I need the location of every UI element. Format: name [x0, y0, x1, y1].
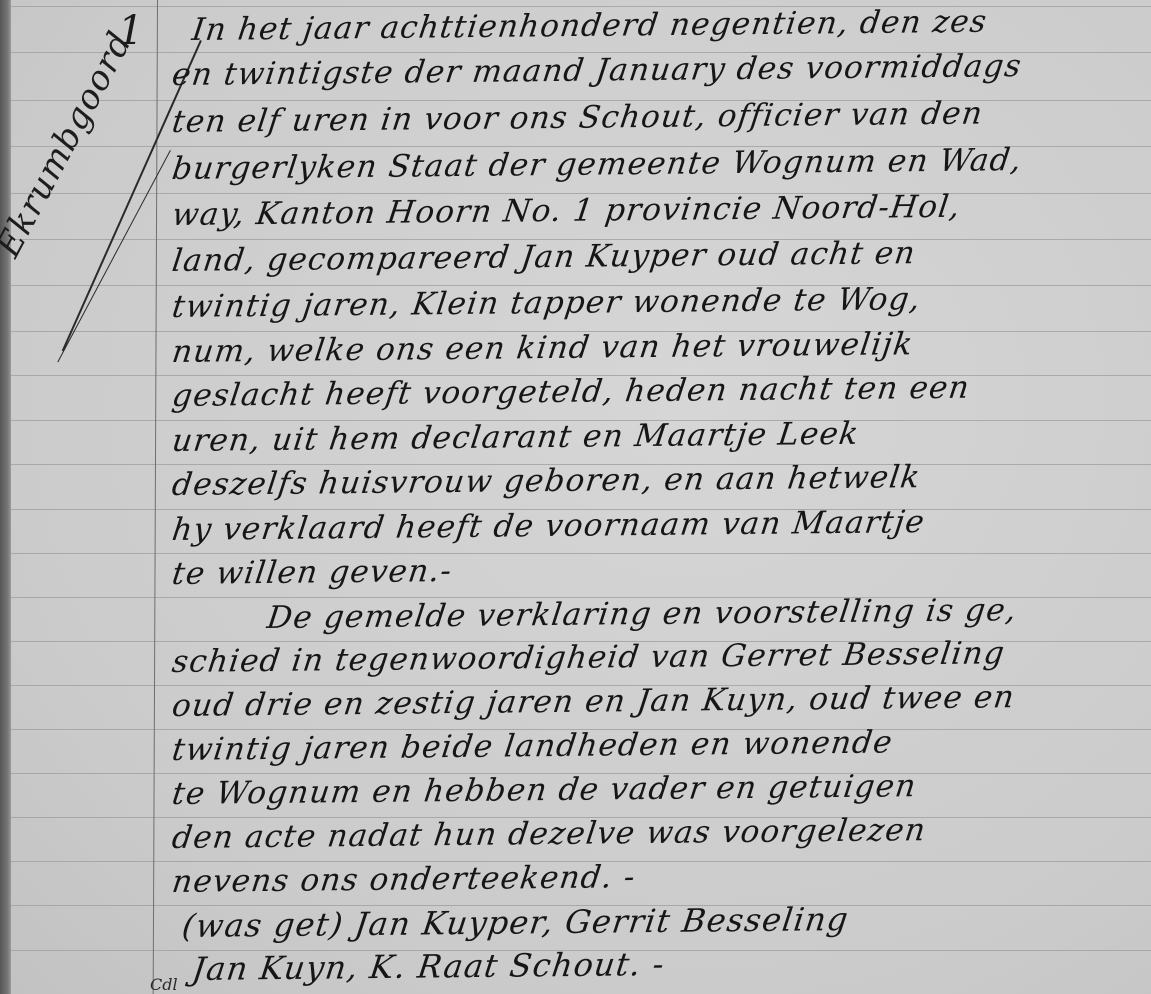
ruled-line — [11, 553, 1151, 554]
text-line: way, Kanton Hoorn No. 1 provincie Noord-… — [170, 189, 963, 233]
text-line: den acte nadat hun dezelve was voorgelez… — [170, 812, 928, 856]
text-line: De gemelde verklaring en voorstelling is… — [265, 592, 1019, 636]
text-line: In het jaar achttienhonderd negentien, d… — [190, 4, 989, 48]
text-line: ten elf uren in voor ons Schout, officie… — [170, 95, 985, 140]
text-line: burgerlyken Staat der gemeente Wognum en… — [170, 142, 1024, 187]
text-line: oud drie en zestig jaren en Jan Kuyn, ou… — [170, 679, 1017, 724]
text-line: twintig jaren beide landheden en wonende — [170, 724, 895, 768]
text-line: num, welke ons een kind van het vrouweli… — [170, 326, 916, 370]
text-line: en twintigste der maand January des voor… — [170, 48, 1024, 93]
text-line: deszelfs huisvrouw geboren, en aan hetwe… — [170, 459, 923, 503]
text-line: te Wognum en hebben de vader en getuigen — [170, 768, 919, 812]
page-binding-edge — [0, 0, 11, 994]
signature-line: (was get) Jan Kuyper, Gerrit Besseling — [180, 900, 851, 945]
text-line: twintig jaren, Klein tapper wonende te W… — [170, 281, 923, 325]
text-line: geslacht heeft voorgeteld, heden nacht t… — [170, 370, 972, 414]
text-line: land, gecompareerd Jan Kuyper oud acht e… — [170, 235, 918, 279]
text-line: te willen geven.- — [170, 553, 455, 592]
signature-line: Jan Kuyn, K. Raat Schout. - — [190, 945, 667, 988]
margin-footer-note: Cdl — [150, 975, 178, 994]
margin-annotation: Ekrumbgoord — [0, 25, 140, 264]
text-line: nevens ons onderteekend. - — [170, 859, 638, 900]
text-line: schied in tegenwoordigheid van Gerret Be… — [170, 635, 1007, 680]
register-page: 1 Ekrumbgoord Cdl In het jaar achttienho… — [0, 0, 1151, 994]
text-line: hy verklaard heeft de voornaam van Maart… — [170, 504, 927, 548]
text-line: uren, uit hem declarant en Maartje Leek — [170, 416, 862, 459]
